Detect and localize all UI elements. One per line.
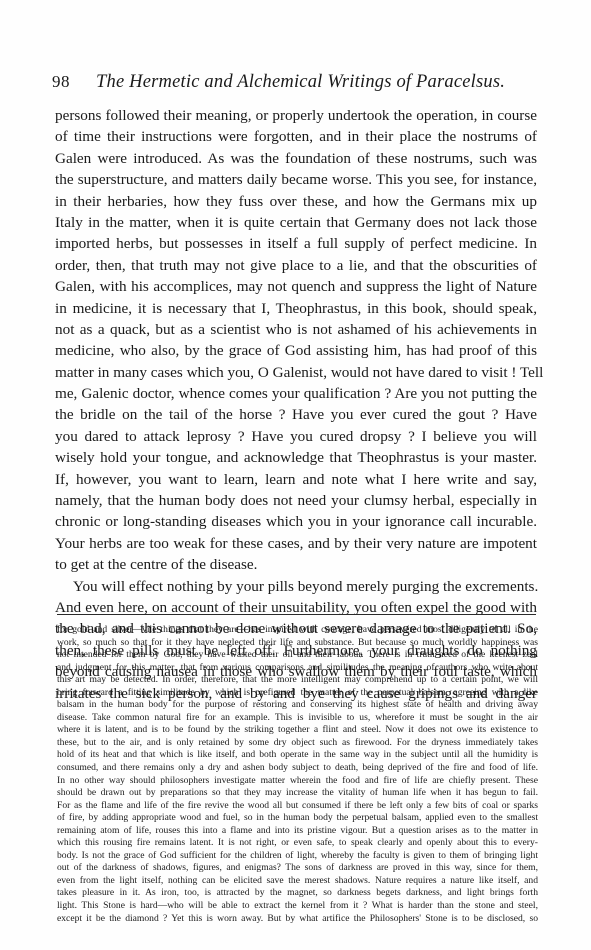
body-line: imported herbs, but possesses in itself … [55, 233, 537, 254]
running-head: 98 The Hermetic and Alchemical Writings … [52, 72, 542, 96]
book-page: 98 The Hermetic and Alchemical Writings … [0, 0, 591, 950]
footnote-line: work, so much so that for it they have n… [57, 637, 538, 650]
footnote-line: In no other way should philosophers inve… [57, 775, 538, 788]
footnote-divider [57, 614, 536, 615]
body-line: wisely hold your tongue, and acknowledge… [55, 447, 537, 468]
footnote-line: hold of its heat and that which is like … [57, 749, 538, 762]
footnote-line: these, but to the air, and is only retai… [57, 737, 538, 750]
book-title: The Hermetic and Alchemical Writings of … [96, 72, 505, 93]
body-line: medicine, who also, by the grace of God … [55, 340, 537, 361]
footnote-line: disease. Take common natural fire for an… [57, 712, 538, 725]
footnote-line: not intended for them by God, they have … [57, 649, 538, 662]
footnote-line: this art may be detected. In order, ther… [57, 674, 538, 687]
footnote-line: except it be the diamond ? Yet this is w… [57, 913, 538, 926]
footnote-line: light. This Stone is hard—who will be ab… [57, 900, 538, 913]
body-line: not as a quack, but as a scientist who i… [55, 319, 537, 340]
footnote-line: of fire, by adding appropriate wood and … [57, 812, 538, 825]
body-line: of time their instructions were forgotte… [55, 126, 537, 147]
page-number: 98 [52, 72, 70, 92]
body-line: you dared to attack leprosy ? Have you c… [55, 426, 537, 447]
body-line: the bridle on the tail of the horse ? Ha… [55, 404, 537, 425]
body-line: the superstructure, and matters daily be… [55, 169, 537, 190]
footnote-line: out of the darkness of shadows, figures,… [57, 862, 538, 875]
footnote-line: bring forward a fitting similitude by wh… [57, 687, 538, 700]
body-line: in medicine, it is necessary that I, The… [55, 298, 537, 319]
footnote-line: for gold and silver—vile things that the… [57, 624, 538, 637]
body-line: Galen were introduced. As was the founda… [55, 148, 537, 169]
footnote-line: which this rousing fire remains latent. … [57, 837, 538, 850]
footnote-line: even from the light itself, nothing can … [57, 875, 538, 888]
body-line: to get at the centre of the disease. [55, 554, 537, 575]
footnote-line: should be drawn out by preparations so t… [57, 787, 538, 800]
body-line: And even here, on account of their unsui… [55, 597, 537, 618]
footnote-line: For as the flame and life of the fire re… [57, 800, 538, 813]
footnote-line: takes pleasure in it. As iron, too, is a… [57, 887, 538, 900]
body-line: Your herbs are too weak for these cases,… [55, 533, 537, 554]
footnote-line: where it is latent, and is to be found b… [57, 724, 538, 737]
footnote-line: balsam in the human body for the purpose… [57, 699, 538, 712]
body-line: chronic or long-standing diseases which … [55, 511, 537, 532]
body-line: If, however, you want to learn, learn an… [55, 469, 537, 490]
footnote-text: for gold and silver—vile things that the… [57, 624, 538, 925]
footnote-line: remaining atom of life, rouses this into… [57, 825, 538, 838]
body-line: Galen, with his accomplices, may not que… [55, 276, 537, 297]
body-line: persons followed their meaning, or prope… [55, 105, 537, 126]
body-line: matter in many cases which you, O Galeni… [55, 362, 537, 383]
footnote-line: consumed, and there remains only a dry a… [57, 762, 538, 775]
paragraph-start-line: You will effect nothing by your pills be… [55, 576, 537, 597]
body-line: namely, that the human body does not nee… [55, 490, 537, 511]
body-line: me, Galenic doctor, whence comes your qu… [55, 383, 537, 404]
body-line: Italy in the matter, when it is quite ce… [55, 212, 537, 233]
footnote-line: and judgment for this matter, that from … [57, 662, 538, 675]
footnote-line: body. Is not the grace of God sufficient… [57, 850, 538, 863]
body-line: in their herbaries, how they fuss over t… [55, 191, 537, 212]
body-line: order, then, that truth may not give pla… [55, 255, 537, 276]
